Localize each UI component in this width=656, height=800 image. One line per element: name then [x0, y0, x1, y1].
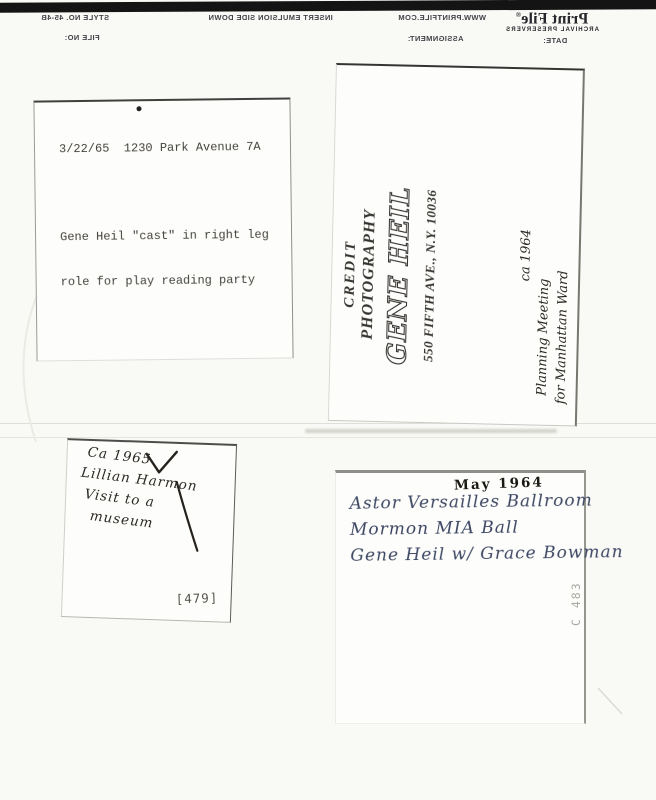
- sleeve-file-no-label: FILE NO:: [58, 33, 106, 42]
- event-caption: Astor Versailles Ballroom Mormon MIA Bal…: [349, 487, 623, 569]
- typed-caption-gap: [59, 185, 268, 201]
- archive-number-stamp: [479]: [175, 590, 218, 606]
- sleeve-seam-smudge: [305, 429, 557, 433]
- event-caption-line3: Gene Heil w/ Grace Bowman: [350, 539, 624, 569]
- note-line-3: for Manhattan Ward: [551, 224, 574, 404]
- sleeve-website: WWW.PRINTFILE.COM: [386, 13, 498, 22]
- print-file-tagline: ARCHIVAL PRESERVERS: [500, 27, 604, 33]
- print-file-brand-name: Print File®: [500, 8, 604, 26]
- sleeve-date-label: DATE:: [534, 36, 576, 45]
- sleeve-style-no: STYLE NO. 45-4B: [40, 13, 110, 22]
- file-code-stamp: C 483: [569, 572, 585, 626]
- print-file-logo: Print File® ARCHIVAL PRESERVERS: [500, 8, 604, 33]
- photographer-credit-stamp: CREDIT PHOTOGRAPHY GENE HEIL 550 FIFTH A…: [338, 151, 451, 398]
- photo-back-typed-card: 3/22/65 1230 Park Avenue 7A Gene Heil "c…: [33, 97, 293, 361]
- sleeve-assignment-label: ASSIGNMENT:: [398, 34, 473, 43]
- event-caption-line2: Mormon MIA Ball: [350, 513, 624, 543]
- sleeve-seam-line: [0, 437, 656, 438]
- note-line-date: ca 1964: [516, 223, 536, 281]
- photo-back-stamp-card: CREDIT PHOTOGRAPHY GENE HEIL 550 FIFTH A…: [328, 63, 585, 427]
- stamp-name-outline-text: GENE HEIL: [382, 186, 416, 365]
- stamp-address-line: 550 FIFTH AVE., N.Y. 10036: [417, 153, 443, 398]
- typed-caption-line2: Gene Heil "cast" in right leg: [60, 228, 269, 246]
- typed-caption: 3/22/65 1230 Park Avenue 7A Gene Heil "c…: [59, 110, 270, 321]
- event-caption-line1: Astor Versailles Ballroom: [349, 487, 623, 517]
- handwritten-note-rotated: ca 1964 Planning Meeting for Manhattan W…: [513, 223, 575, 404]
- stamp-name-outline: GENE HEIL: [376, 152, 418, 398]
- typed-caption-line1: 3/22/65 1230 Park Avenue 7A: [59, 140, 268, 158]
- sleeve-insert-note: INSERT EMULSION SIDE DOWN: [198, 13, 343, 22]
- typed-caption-line3: role for play reading party: [61, 273, 270, 291]
- scanned-photo-backs-sheet: STYLE NO. 45-4B INSERT EMULSION SIDE DOW…: [0, 0, 656, 800]
- registered-mark-icon: ®: [516, 11, 521, 19]
- photo-back-event-card: May 1964 Astor Versailles Ballroom Mormo…: [335, 470, 586, 724]
- photo-back-handwritten-card: Ca 1965 Lillian Harmon Visit to a museum…: [61, 438, 237, 623]
